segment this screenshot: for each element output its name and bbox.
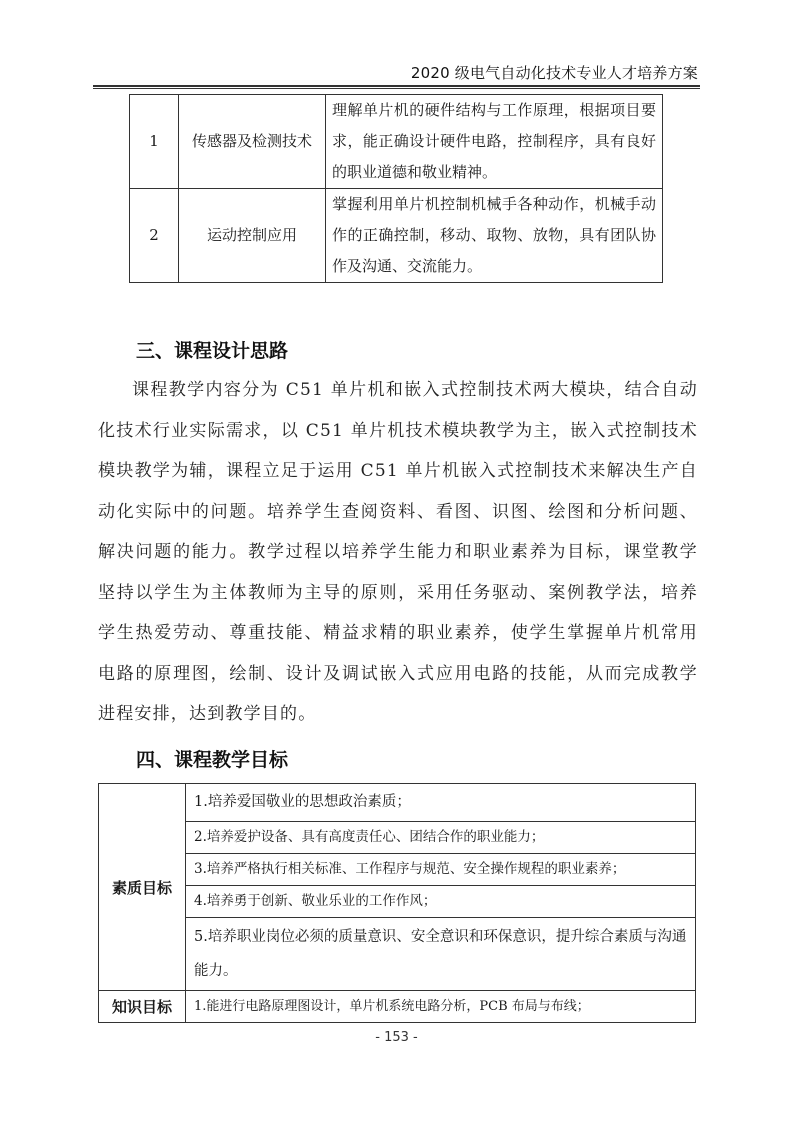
table-row: 4.培养勇于创新、敬业乐业的工作作风；	[99, 886, 696, 918]
header-double-rule	[93, 85, 700, 89]
task-name: 运动控制应用	[179, 189, 326, 283]
section-heading-teaching-goals: 四、课程教学目标	[136, 745, 288, 772]
table-row: 1 传感器及检测技术 理解单片机的硬件结构与工作原理，根据项目要求，能正确设计硬…	[130, 95, 663, 189]
document-header-title: 2020 级电气自动化技术专业人才培养方案	[400, 62, 698, 83]
table-row: 知识目标 1.能进行电路原理图设计，单片机系统电路分析，PCB 布局与布线；	[99, 991, 696, 1023]
table-row: 3.培养严格执行相关标准、工作程序与规范、安全操作规程的职业素养；	[99, 854, 696, 886]
section-heading-course-design: 三、课程设计思路	[136, 336, 288, 363]
goal-item: 5.培养职业岗位必须的质量意识、安全意识和环保意识，提升综合素质与沟通能力。	[186, 918, 696, 991]
goal-item: 1.培养爱国敬业的思想政治素质；	[186, 784, 696, 822]
task-description: 理解单片机的硬件结构与工作原理，根据项目要求，能正确设计硬件电路，控制程序，具有…	[326, 95, 663, 189]
table-row: 2 运动控制应用 掌握利用单片机控制机械手各种动作，机械手动作的正确控制，移动、…	[130, 189, 663, 283]
table-row: 5.培养职业岗位必须的质量意识、安全意识和环保意识，提升综合素质与沟通能力。	[99, 918, 696, 991]
course-design-paragraph: 课程教学内容分为 C51 单片机和嵌入式控制技术两大模块，结合自动化技术行业实际…	[98, 370, 698, 735]
table-row: 素质目标 1.培养爱国敬业的思想政治素质；	[99, 784, 696, 822]
goal-item: 4.培养勇于创新、敬业乐业的工作作风；	[186, 886, 696, 918]
task-table: 1 传感器及检测技术 理解单片机的硬件结构与工作原理，根据项目要求，能正确设计硬…	[129, 94, 663, 283]
page-number: - 153 -	[0, 1030, 793, 1045]
task-description: 掌握利用单片机控制机械手各种动作，机械手动作的正确控制，移动、取物、放物，具有团…	[326, 189, 663, 283]
goal-category-quality: 素质目标	[99, 784, 186, 991]
task-name: 传感器及检测技术	[179, 95, 326, 189]
goal-item: 2.培养爱护设备、具有高度责任心、团结合作的职业能力；	[186, 822, 696, 854]
task-number: 2	[130, 189, 179, 283]
goal-category-knowledge: 知识目标	[99, 991, 186, 1023]
goal-item: 3.培养严格执行相关标准、工作程序与规范、安全操作规程的职业素养；	[186, 854, 696, 886]
goal-item: 1.能进行电路原理图设计，单片机系统电路分析，PCB 布局与布线；	[186, 991, 696, 1023]
task-number: 1	[130, 95, 179, 189]
teaching-goals-table: 素质目标 1.培养爱国敬业的思想政治素质； 2.培养爱护设备、具有高度责任心、团…	[98, 783, 696, 1023]
table-row: 2.培养爱护设备、具有高度责任心、团结合作的职业能力；	[99, 822, 696, 854]
